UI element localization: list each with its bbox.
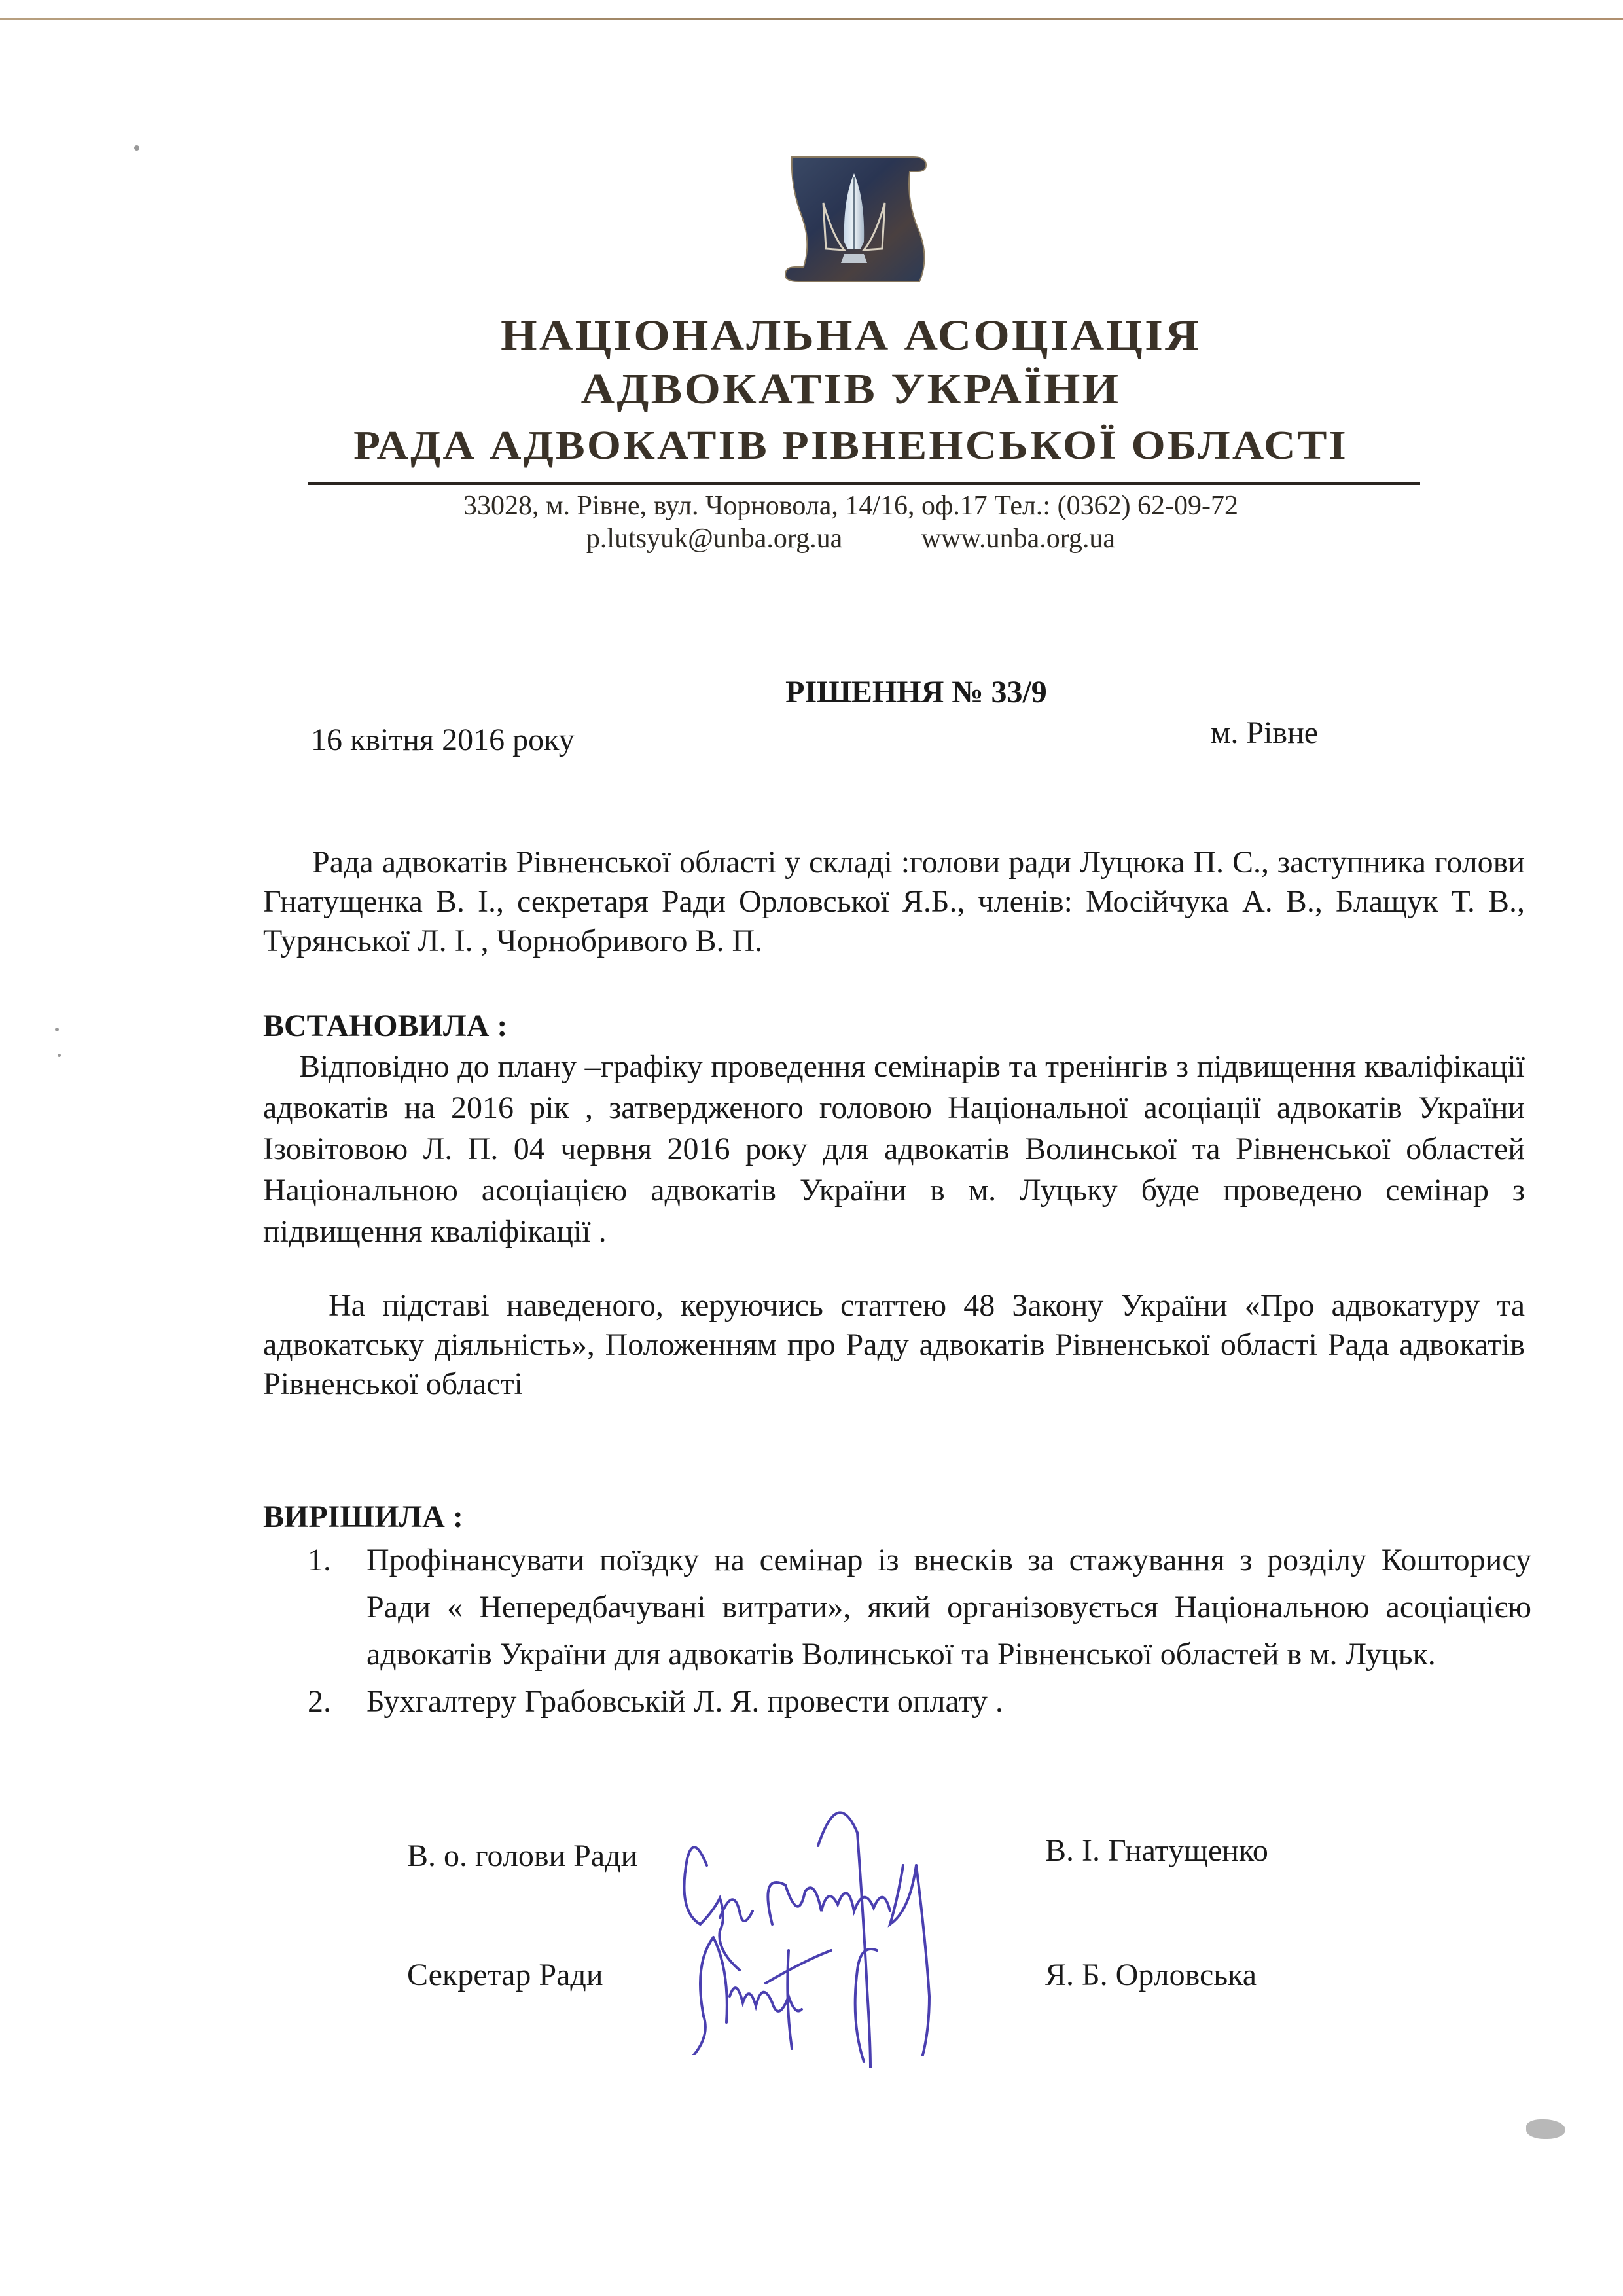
decided-heading: ВИРІШИЛА : [263, 1499, 463, 1535]
letterhead: НАЦІОНАЛЬНА АСОЦІАЦІЯ АДВОКАТІВ УКРАЇНИ … [262, 308, 1440, 466]
decision-city: м. Рівне [1211, 715, 1318, 751]
org-name-line-1: НАЦІОНАЛЬНА АСОЦІАЦІЯ [215, 314, 1487, 357]
address: 33028, м. Рівне, вул. Чорновола, 14/16, … [262, 490, 1440, 522]
decided-item-2: 2. Бухгалтеру Грабовській Л. Я. провести… [308, 1678, 1531, 1725]
item-number: 2. [308, 1678, 366, 1725]
contact-block: 33028, м. Рівне, вул. Чорновола, 14/16, … [262, 490, 1440, 556]
decision-title: РІШЕННЯ № 33/9 [654, 674, 1178, 710]
scan-speck [55, 1028, 59, 1031]
top-edge-rule [0, 18, 1623, 20]
established-heading: ВСТАНОВИЛА : [263, 1008, 507, 1044]
item-number: 1. [308, 1537, 366, 1678]
scan-smudge [1526, 2119, 1565, 2139]
item-text: Бухгалтеру Грабовській Л. Я. провести оп… [366, 1678, 1531, 1725]
signatory-role-1: В. о. голови Ради [407, 1838, 637, 1874]
established-text: Відповідно до плану –графіку проведення … [263, 1049, 1525, 1249]
email-link[interactable]: p.lutsyuk@unba.org.ua [586, 522, 842, 555]
website-link[interactable]: www.unba.org.ua [921, 522, 1115, 555]
scan-speck [58, 1054, 61, 1057]
signatory-name-2: Я. Б. Орловська [1045, 1957, 1257, 1993]
signatory-name-1: В. І. Гнатущенко [1045, 1833, 1268, 1869]
basis-paragraph: На підставі наведеного, керуючись статте… [263, 1286, 1525, 1404]
org-name-line-2: АДВОКАТІВ УКРАЇНИ [215, 368, 1487, 411]
scroll-trident-logo-icon [772, 151, 936, 288]
basis-text: На підставі наведеного, керуючись статте… [263, 1288, 1525, 1401]
decided-list: 1. Профінансувати поїздку на семінар із … [308, 1537, 1531, 1725]
intro-text: Рада адвокатів Рівненської області у скл… [263, 845, 1525, 958]
council-name: РАДА АДВОКАТІВ РІВНЕНСЬКОЇ ОБЛАСТІ [215, 425, 1487, 466]
established-paragraph: Відповідно до плану –графіку проведення … [263, 1046, 1525, 1252]
signatory-role-2: Секретар Ради [407, 1957, 603, 1993]
letterhead-divider [308, 482, 1420, 485]
intro-paragraph: Рада адвокатів Рівненської області у скл… [263, 843, 1525, 961]
item-text: Профінансувати поїздку на семінар із вне… [366, 1537, 1531, 1678]
signature-secretary-icon [674, 1924, 923, 2058]
scan-speck [134, 145, 139, 151]
decided-item-1: 1. Профінансувати поїздку на семінар із … [308, 1537, 1531, 1678]
decision-date: 16 квітня 2016 року [311, 722, 575, 758]
